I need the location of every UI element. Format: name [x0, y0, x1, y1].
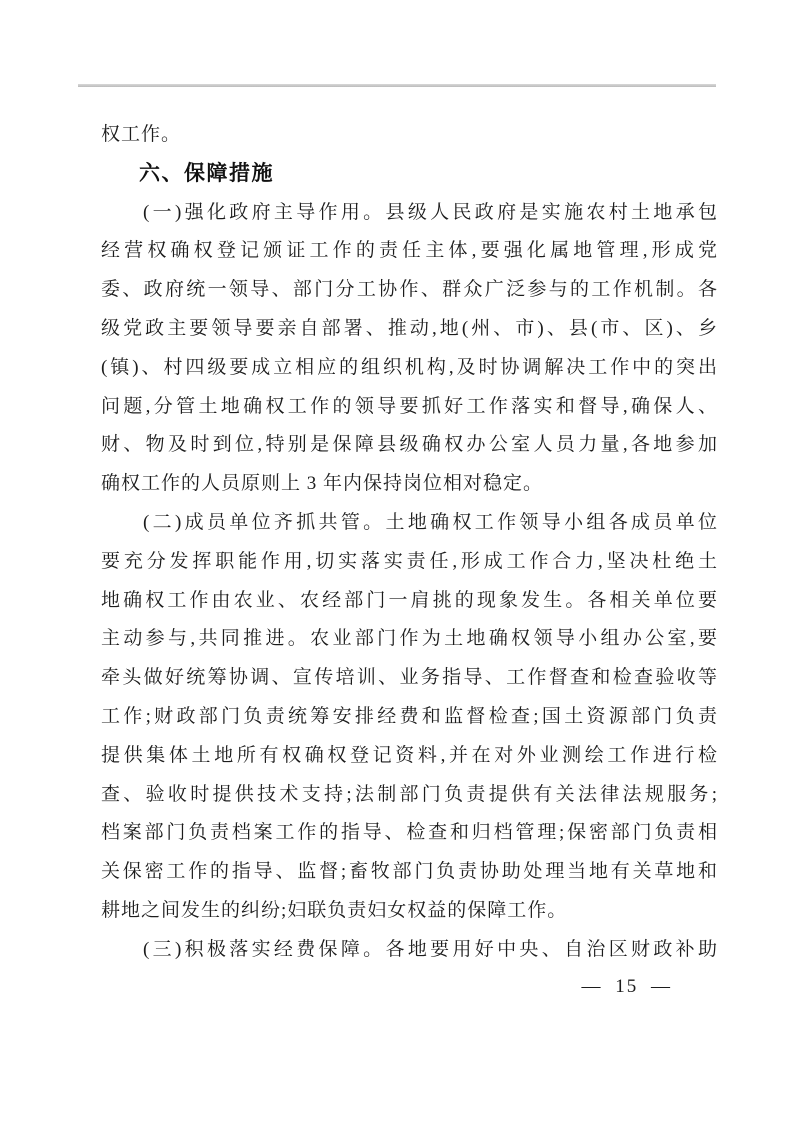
document-page: 权工作。 六、保障措施 (一)强化政府主导作用。县级人民政府是实施农村土地承包 … [0, 0, 793, 1122]
paragraph-line: 问题,分管土地确权工作的领导要抓好工作落实和督导,确保人、 [101, 388, 717, 427]
paragraph-line: 经营权确权登记颁证工作的责任主体,要强化属地管理,形成党 [101, 232, 717, 271]
paragraph-line: (镇)、村四级要成立相应的组织机构,及时协调解决工作中的突出 [101, 349, 717, 388]
paragraph-line: 财、物及时到位,特别是保障县级确权办公室人员力量,各地参加 [101, 426, 717, 465]
paragraph-line: 牵头做好统筹协调、宣传培训、业务指导、工作督查和检查验收等 [101, 659, 717, 698]
paragraph-line: 权工作。 [101, 116, 717, 155]
paragraph-line: 查、验收时提供技术支持;法制部门负责提供有关法律法规服务; [101, 776, 717, 815]
paragraph-line: (一)强化政府主导作用。县级人民政府是实施农村土地承包 [101, 194, 717, 233]
paragraph-line: 档案部门负责档案工作的指导、检查和归档管理;保密部门负责相 [101, 814, 717, 853]
paragraph-line: 耕地之间发生的纠纷;妇联负责妇女权益的保障工作。 [101, 892, 717, 931]
paragraph-line: 主动参与,共同推进。农业部门作为土地确权领导小组办公室,要 [101, 620, 717, 659]
paragraph-line: 要充分发挥职能作用,切实落实责任,形成工作合力,坚决杜绝土 [101, 543, 717, 582]
paragraph-line: 委、政府统一领导、部门分工协作、群众广泛参与的工作机制。各 [101, 271, 717, 310]
paragraph-line: 地确权工作由农业、农经部门一肩挑的现象发生。各相关单位要 [101, 582, 717, 621]
paragraph-line: 关保密工作的指导、监督;畜牧部门负责协助处理当地有关草地和 [101, 853, 717, 892]
document-body: 权工作。 六、保障措施 (一)强化政府主导作用。县级人民政府是实施农村土地承包 … [101, 116, 717, 970]
header-rule [78, 84, 716, 87]
paragraph-line: 级党政主要领导要亲自部署、推动,地(州、市)、县(市、区)、乡 [101, 310, 717, 349]
paragraph-line: 提供集体土地所有权确权登记资料,并在对外业测绘工作进行检 [101, 737, 717, 776]
paragraph-line: 工作;财政部门负责统筹安排经费和监督检查;国土资源部门负责 [101, 698, 717, 737]
paragraph-line: (二)成员单位齐抓共管。土地确权工作领导小组各成员单位 [101, 504, 717, 543]
page-number: — 15 — [472, 968, 717, 1007]
paragraph-line: (三)积极落实经费保障。各地要用好中央、自治区财政补助 [101, 931, 717, 970]
section-heading: 六、保障措施 [101, 155, 717, 194]
paragraph-line: 确权工作的人员原则上 3 年内保持岗位相对稳定。 [101, 465, 717, 504]
